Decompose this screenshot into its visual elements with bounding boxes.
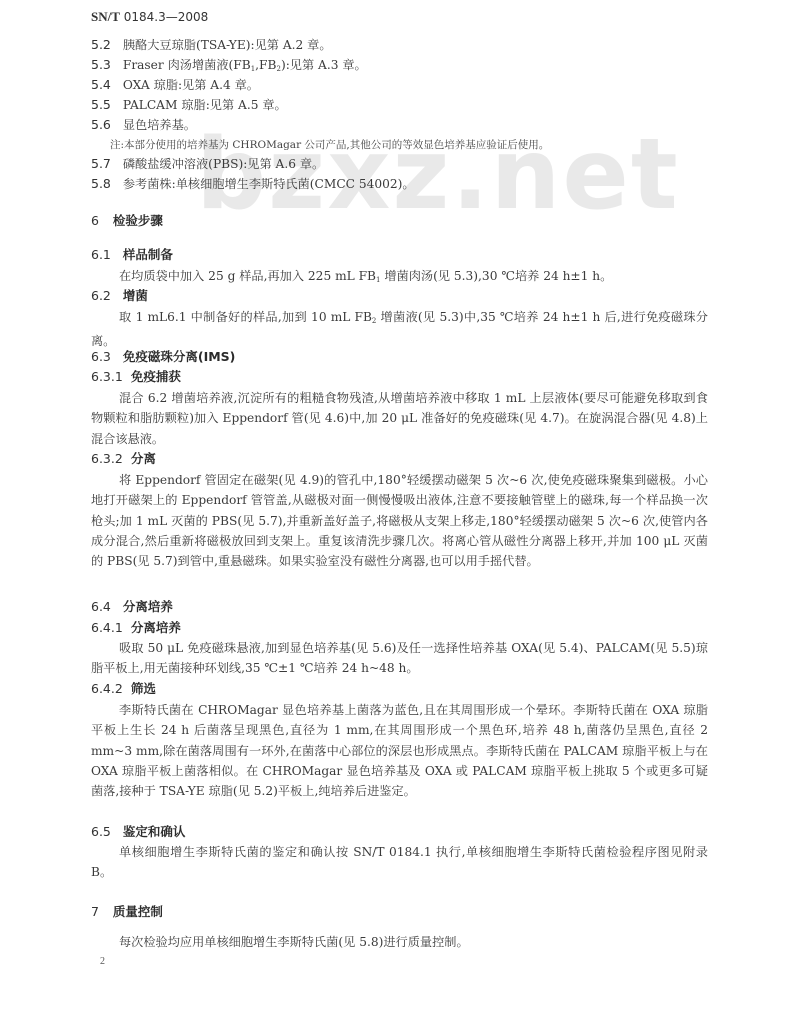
text-part: ,FB bbox=[255, 58, 276, 72]
heading-6-4-2: 6.4.2 筛选 bbox=[91, 679, 156, 699]
heading-7: 7 质量控制 bbox=[91, 902, 163, 922]
heading-6-3: 6.3 免疫磁珠分离(IMS) bbox=[91, 347, 235, 367]
paragraph-6-3-1: 混合 6.2 增菌培养液,沉淀所有的粗糙食物残渣,从增菌培养液中移取 1 mL … bbox=[91, 388, 708, 449]
item-5-7: 5.7 磷酸盐缓冲溶液(PBS):见第 A.6 章。 bbox=[91, 154, 324, 174]
section-number: 6.4.1 bbox=[91, 618, 127, 638]
standard-code: SN/T bbox=[91, 9, 120, 24]
text-part: 在均质袋中加入 25 g 样品,再加入 225 mL FB bbox=[119, 269, 376, 283]
section-title: 增菌 bbox=[123, 288, 148, 303]
text-part: ):见第 A.3 章。 bbox=[281, 58, 367, 72]
item-5-8: 5.8 参考菌株:单核细胞增生李斯特氏菌(CMCC 54002)。 bbox=[91, 174, 415, 194]
item-number: 5.5 bbox=[91, 95, 119, 115]
heading-6: 6 检验步骤 bbox=[91, 211, 163, 231]
section-title: 检验步骤 bbox=[113, 213, 163, 228]
item-number: 5.2 bbox=[91, 35, 119, 55]
section-number: 6.4 bbox=[91, 597, 119, 617]
section-number: 6.2 bbox=[91, 286, 119, 306]
section-title: 鉴定和确认 bbox=[123, 824, 186, 839]
item-text: 胰酪大豆琼脂(TSA-YE):见第 A.2 章。 bbox=[123, 38, 332, 52]
note-5-6: 注:本部分使用的培养基为 CHROMagar 公司产品,其他公司的等效显色培养基… bbox=[110, 135, 549, 155]
section-title: 样品制备 bbox=[123, 247, 173, 262]
section-number: 7 bbox=[91, 902, 109, 922]
item-text: 显色培养基。 bbox=[123, 118, 196, 132]
paragraph-6-2: 取 1 mL6.1 中制备好的样品,加到 10 mL FB2 增菌液(见 5.3… bbox=[91, 307, 708, 352]
paragraph-6-1: 在均质袋中加入 25 g 样品,再加入 225 mL FB1 增菌肉汤(见 5.… bbox=[91, 266, 708, 290]
heading-6-2: 6.2 增菌 bbox=[91, 286, 148, 306]
item-number: 5.4 bbox=[91, 75, 119, 95]
section-title: 免疫捕获 bbox=[131, 369, 181, 384]
section-title: 筛选 bbox=[131, 681, 156, 696]
text-part: 取 1 mL6.1 中制备好的样品,加到 10 mL FB bbox=[119, 310, 372, 324]
item-5-6: 5.6 显色培养基。 bbox=[91, 115, 196, 135]
page-header: SN/T 0184.3—2008 bbox=[91, 9, 208, 25]
section-title: 分离培养 bbox=[131, 620, 181, 635]
section-title: 分离 bbox=[131, 451, 156, 466]
item-text: 参考菌株:单核细胞增生李斯特氏菌(CMCC 54002)。 bbox=[123, 177, 415, 191]
section-number: 6 bbox=[91, 211, 109, 231]
section-number: 6.3 bbox=[91, 347, 119, 367]
page-number: 2 bbox=[100, 956, 105, 967]
paragraph-6-4-1: 吸取 50 μL 免疫磁珠悬液,加到显色培养基(见 5.6)及任一选择性培养基 … bbox=[91, 638, 708, 679]
item-5-4: 5.4 OXA 琼脂:见第 A.4 章。 bbox=[91, 75, 259, 95]
heading-6-4-1: 6.4.1 分离培养 bbox=[91, 618, 181, 638]
item-text: PALCAM 琼脂:见第 A.5 章。 bbox=[123, 98, 287, 112]
heading-6-3-2: 6.3.2 分离 bbox=[91, 449, 156, 469]
section-number: 6.3.2 bbox=[91, 449, 127, 469]
text-part: 增菌肉汤(见 5.3),30 ℃培养 24 h±1 h。 bbox=[380, 269, 612, 283]
paragraph-6-3-2: 将 Eppendorf 管固定在磁架(见 4.9)的管孔中,180°轻缓摆动磁架… bbox=[91, 470, 708, 571]
section-number: 6.4.2 bbox=[91, 679, 127, 699]
heading-6-4: 6.4 分离培养 bbox=[91, 597, 173, 617]
heading-6-3-1: 6.3.1 免疫捕获 bbox=[91, 367, 181, 387]
item-number: 5.8 bbox=[91, 174, 119, 194]
item-number: 5.6 bbox=[91, 115, 119, 135]
item-text: Fraser 肉汤增菌液(FB1,FB2):见第 A.3 章。 bbox=[123, 58, 367, 72]
section-number: 6.5 bbox=[91, 822, 119, 842]
item-number: 5.3 bbox=[91, 55, 119, 75]
heading-6-1: 6.1 样品制备 bbox=[91, 245, 173, 265]
section-number: 6.1 bbox=[91, 245, 119, 265]
section-title: 分离培养 bbox=[123, 599, 173, 614]
item-text: OXA 琼脂:见第 A.4 章。 bbox=[123, 78, 259, 92]
item-text: 磷酸盐缓冲溶液(PBS):见第 A.6 章。 bbox=[123, 157, 324, 171]
item-5-5: 5.5 PALCAM 琼脂:见第 A.5 章。 bbox=[91, 95, 287, 115]
section-title: 免疫磁珠分离(IMS) bbox=[123, 349, 236, 364]
heading-6-5: 6.5 鉴定和确认 bbox=[91, 822, 185, 842]
paragraph-6-5: 单核细胞增生李斯特氏菌的鉴定和确认按 SN/T 0184.1 执行,单核细胞增生… bbox=[91, 842, 708, 883]
document-page: bzxz.net SN/T 0184.3—2008 5.2 胰酪大豆琼脂(TSA… bbox=[0, 0, 800, 1030]
section-number: 6.3.1 bbox=[91, 367, 127, 387]
item-number: 5.7 bbox=[91, 154, 119, 174]
paragraph-6-4-2: 李斯特氏菌在 CHROMagar 显色培养基上菌落为蓝色,且在其周围形成一个晕环… bbox=[91, 700, 708, 801]
paragraph-7: 每次检验均应用单核细胞增生李斯特氏菌(见 5.8)进行质量控制。 bbox=[91, 932, 708, 952]
section-title: 质量控制 bbox=[113, 904, 163, 919]
standard-number: 0184.3—2008 bbox=[124, 10, 209, 24]
item-5-2: 5.2 胰酪大豆琼脂(TSA-YE):见第 A.2 章。 bbox=[91, 35, 332, 55]
text-part: Fraser 肉汤增菌液(FB bbox=[123, 58, 251, 72]
